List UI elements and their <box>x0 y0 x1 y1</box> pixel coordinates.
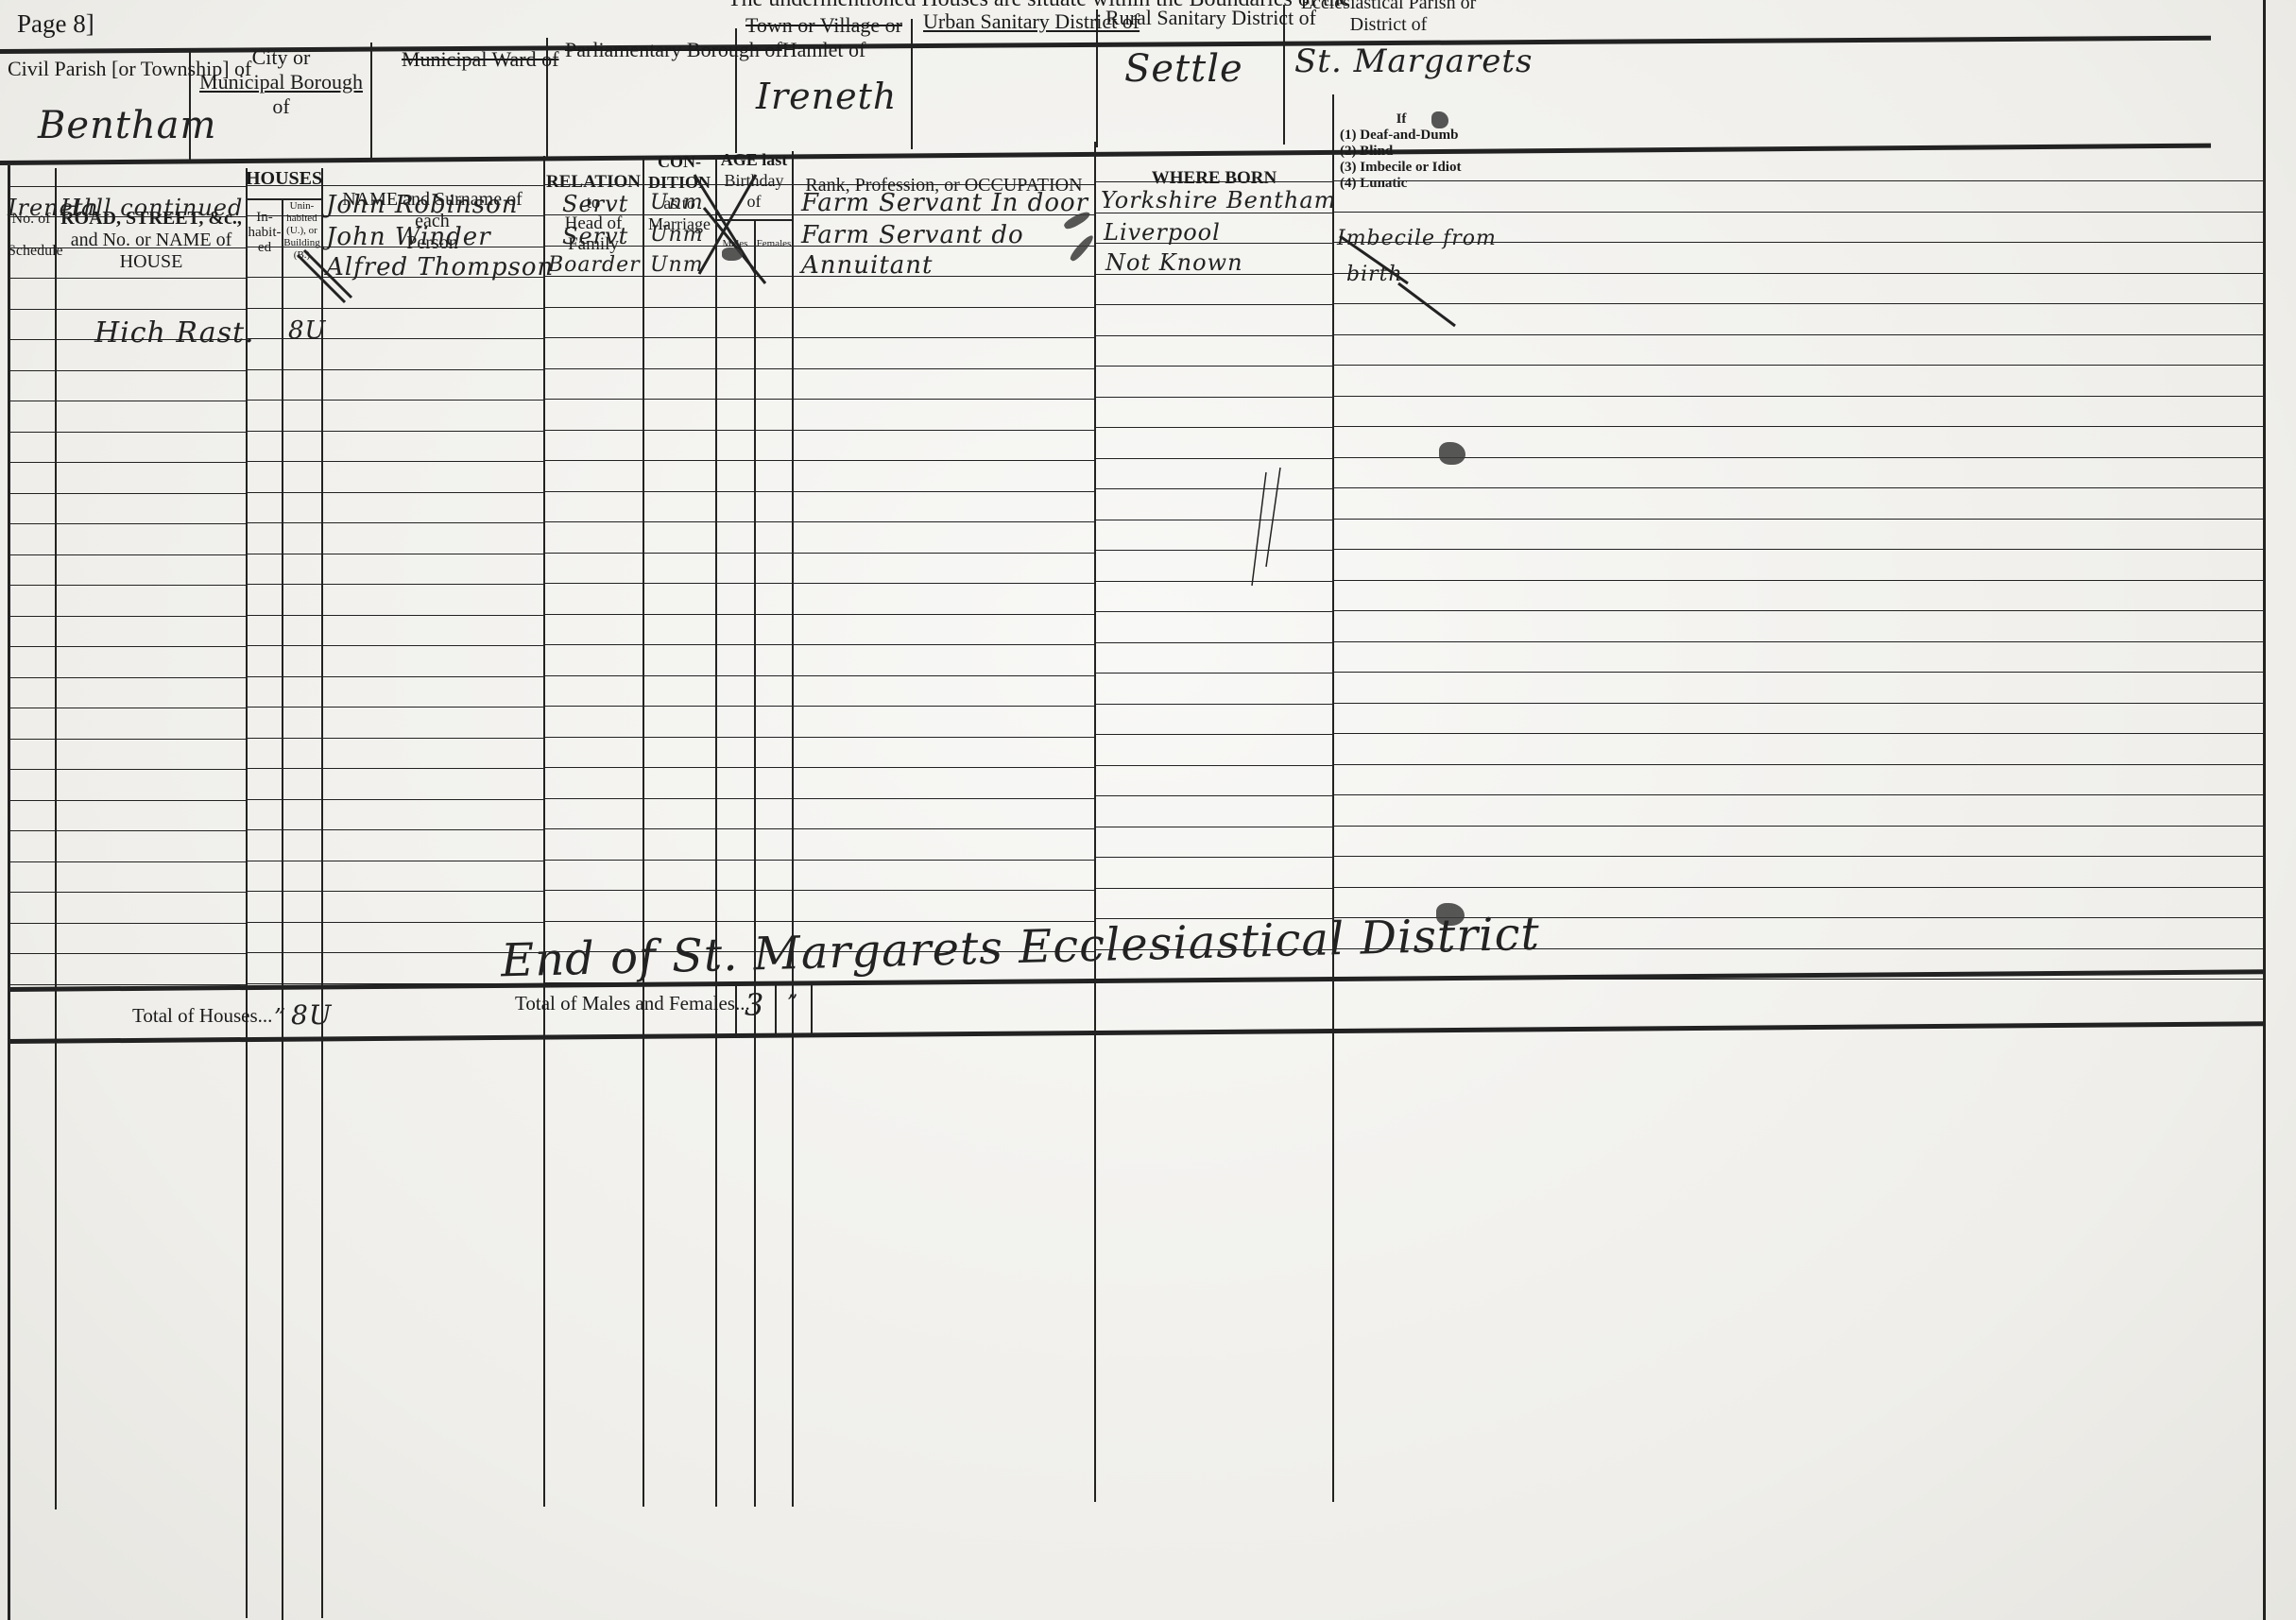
total-houses-inhabited: ” <box>274 1004 286 1031</box>
total-males: 3 <box>745 987 764 1023</box>
census-page: The undermentioned Houses are situate wi… <box>0 0 2296 1620</box>
ink-blot <box>1431 111 1448 128</box>
ink-blot <box>722 247 743 261</box>
divider <box>811 982 813 1034</box>
divider <box>775 982 777 1034</box>
divider <box>735 982 737 1034</box>
total-houses-uninhabited: 8U <box>291 999 332 1031</box>
total-houses-label: Total of Houses... <box>132 1004 272 1028</box>
total-persons-label: Total of Males and Females... <box>515 992 750 1015</box>
ink-marks <box>0 0 2296 1620</box>
ink-blot <box>1439 442 1465 465</box>
total-females: ” <box>787 992 798 1015</box>
